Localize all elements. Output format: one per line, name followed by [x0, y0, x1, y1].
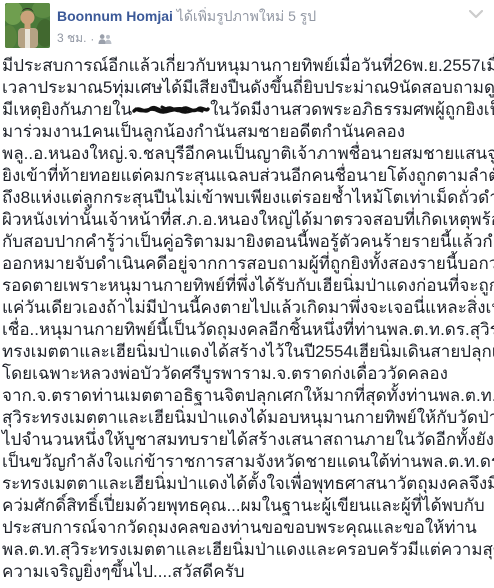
- post-text-line: พล.ต.ท.สุวิระทรงเมตตาและเฮียนิ่มป่าแดงแล…: [2, 539, 492, 561]
- post-text-line: กับสอบปากคำรู้ว่าเป็นคู่อริตามมายิงตอนนี…: [2, 231, 492, 253]
- post-meta: 3 ชม. ·: [57, 29, 464, 48]
- post-text-line: สุวิระทรงเมตตาและเฮียนิ่มป่าแดงได้มอบหนุ…: [2, 407, 492, 429]
- post-text-line: รอดตายเพราะหนุมานกายทิพย์ที่พึ่งได้รับกั…: [2, 275, 492, 297]
- post-text-line: เวลาประมาณ5ทุ่มเศษได้มีเสียงปืนดังขึ้นถี…: [2, 77, 492, 99]
- post-text-line: ระทรงเมตตาและเฮียนิ่มป่าแดงได้ตั้งใจเพื่…: [2, 473, 492, 495]
- facebook-post: Boonnum Homjai ได้เพิ่มรูปภาพใหม่ 5 รูป …: [0, 0, 494, 588]
- redacted-line-before: มีเหตุยิงกันภายใน: [2, 100, 132, 119]
- post-text-line: ยิงเข้าที่ท้ายทอยแต่คมกระสุนแฉลบส่วนอีกค…: [2, 165, 492, 187]
- post-header-line: Boonnum Homjai ได้เพิ่มรูปภาพใหม่ 5 รูป: [57, 7, 464, 26]
- meta-separator: ·: [90, 32, 94, 46]
- chevron-down-icon[interactable]: [468, 8, 484, 20]
- profile-photo: [5, 3, 50, 48]
- post-text-line: ออกหมายจับดำเนินคดีอยู่จากการสอบถามผู้ที…: [2, 253, 492, 275]
- post-text-line: ความเจริญยิ่งๆขึ้นไป....สวัสดีครับ: [2, 561, 492, 583]
- avatar[interactable]: [5, 3, 50, 48]
- post-text-line: ไปจำนวนหนึ่งให้บูชาสมทบรายได้สร้างเสนาสถ…: [2, 429, 492, 451]
- timestamp[interactable]: 3 ชม.: [57, 29, 86, 48]
- post-text-line: มีประสบการณ์อีกแล้วเกี่ยวกับหนุมานกายทิพ…: [2, 55, 492, 77]
- post-text-line-redacted: มีเหตุยิงกันภายในในวัดมีงานสวดพระอภิธรรม…: [2, 99, 492, 121]
- post-header-text: Boonnum Homjai ได้เพิ่มรูปภาพใหม่ 5 รูป …: [57, 7, 464, 48]
- redacted-line-after: ในวัดมีงานสวดพระอภิธรรมศพผู้ถูกยิงเป็นผู…: [210, 100, 494, 119]
- post-text-line: ผิวหนังเท่านั้นเจ้าหน้าที่ส.ภ.อ.หนองใหญ่…: [2, 209, 492, 231]
- post-text-line: โดยเฉพาะหลวงพ่อบัววัดศรีบูรพาราม.จ.ตราดก…: [2, 363, 492, 385]
- post-action-text: ได้เพิ่มรูปภาพใหม่ 5 รูป: [177, 8, 316, 24]
- post-text-line: เป็นขวัญกำลังใจแก่ข้าราชการสามจังหวัดชาย…: [2, 451, 492, 473]
- friends-icon: [98, 34, 112, 44]
- author-name[interactable]: Boonnum Homjai: [57, 8, 173, 24]
- post-text-line: มาร่วมงาน1คนเป็นลูกน้องกำนันสมชายอดีตกำน…: [2, 121, 492, 143]
- post-text-line: ทรงเมตตาและเฮียนิ่มป่าแดงได้สร้างไว้ในปี…: [2, 341, 492, 363]
- post-text-line: จาก.จ.ตราดท่านเมตตาอธิฐานจิตปลุกเศกให้มา…: [2, 385, 492, 407]
- scribble-redaction: [132, 103, 210, 116]
- post-text-line: พลู..อ.หนองใหญ่.จ.ชลบุรีอีกคนเป็นญาติเจ้…: [2, 143, 492, 165]
- post-text-line: ประสบการณ์จากวัดถุมงคลของท่านขอขอบพระคุณ…: [2, 517, 492, 539]
- post-text-line: แค่วันเดียวเองถ้าไม่มีป่านนี้คงตายไปแล้ว…: [2, 297, 492, 319]
- post-header: Boonnum Homjai ได้เพิ่มรูปภาพใหม่ 5 รูป …: [0, 0, 494, 54]
- post-body: มีประสบการณ์อีกแล้วเกี่ยวกับหนุมานกายทิพ…: [2, 55, 492, 583]
- post-text-line: ถึง8แห่งแต่ลูกกระสุนปืนไม่เข้าพบเพียงแต่…: [2, 187, 492, 209]
- post-text-line: คว่มศักดิ์สิทธิ์เปี่ยมด้วยพุทธคุณ...ผมใน…: [2, 495, 492, 517]
- post-text-line: เชื่อ..หนุมานกายทิพย์นี้เป็นวัดถุมงคลอีก…: [2, 319, 492, 341]
